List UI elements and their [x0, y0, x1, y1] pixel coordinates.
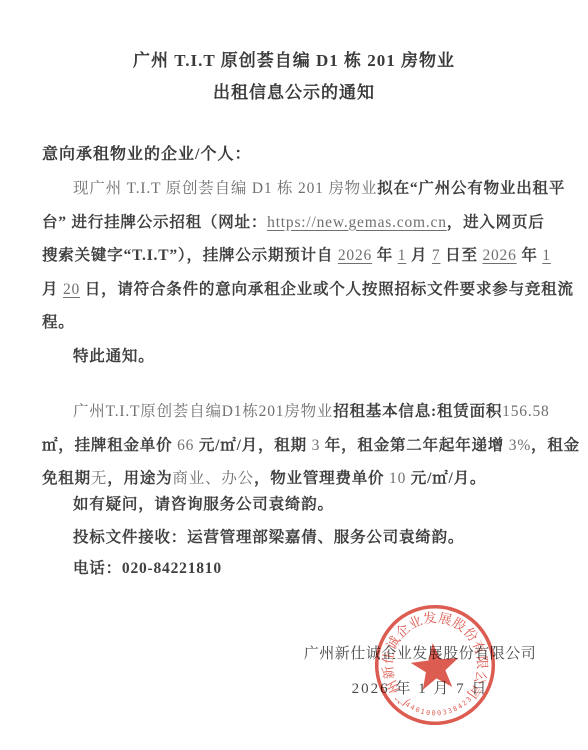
page-title-line2: 出租信息公示的通知: [0, 78, 588, 103]
text-run: 台” 进行挂牌公示招租（网址：: [42, 214, 267, 231]
text-run: 10: [389, 470, 406, 487]
text-run: 如有疑问，请咨询服务公司袁绮韵。: [73, 496, 334, 513]
issuer-company-name: 广州新仕诚企业发展股份有限公司: [303, 642, 537, 663]
listing-url-link[interactable]: https://new.gemas.com.cn: [267, 214, 447, 231]
body-line: 电话：020-84221810: [42, 552, 548, 586]
issue-date: 2026 年 1 月 7 日: [303, 677, 537, 698]
text-run: 20: [63, 281, 80, 298]
text-run: 招租基本信息:租赁面积: [333, 403, 502, 420]
text-run: 月: [42, 281, 63, 298]
page-title-line1: 广州 T.I.T 原创荟自编 D1 栋 201 房物业: [0, 46, 588, 71]
notice-page: 广州 T.I.T 原创荟自编 D1 栋 201 房物业 出租信息公示的通知 意向…: [0, 0, 588, 750]
text-run: 投标文件接收：运营管理部梁嘉倩、服务公司袁绮韵。: [73, 529, 464, 546]
body-line: 月 20 日，请符合条件的意向承租企业或个人按照招标文件要求参与竞租流: [42, 273, 548, 307]
body-line: 程。: [42, 306, 548, 340]
text-run: 特此通知。: [73, 348, 155, 365]
signature-block: 广州新仕诚企业发展股份有限公司 2026 年 1 月 7 日: [303, 642, 537, 698]
body-line: ㎡，挂牌租金单价 66 元/㎡/月，租期 3 年，租金第二年起年递增 3%，租金: [42, 429, 548, 463]
text-run: 66: [177, 437, 194, 454]
text-run: 2026: [338, 247, 372, 264]
text-run: 搜索关键字“T.I.T”），挂牌公示期预计自: [42, 247, 338, 264]
text-run: 3%: [509, 437, 531, 454]
text-run: ，用途为: [107, 470, 172, 487]
text-run: 日，请符合条件的意向承租企业或个人按照招标文件要求参与竞租流: [80, 281, 574, 298]
text-run: 电话：020-84221810: [73, 560, 222, 577]
text-run: ，物业管理费单价: [254, 470, 389, 487]
text-run: 年，租金第二年起年递增: [320, 437, 509, 454]
text-run: 广州T.I.T原创荟自编D1栋201房物业: [73, 403, 333, 420]
document-body: 现广州 T.I.T 原创荟自编 D1 栋 201 房物业拟在“广州公有物业出租平…: [42, 172, 548, 585]
text-run: 日至: [440, 247, 482, 264]
text-run: ㎡，挂牌租金单价: [42, 437, 177, 454]
text-run: 无: [91, 470, 107, 487]
body-line: 投标文件接收：运营管理部梁嘉倩、服务公司袁绮韵。: [42, 521, 548, 555]
text-run: 商业、办公: [172, 470, 254, 487]
text-run: 程。: [42, 314, 75, 331]
text-run: 年: [517, 247, 543, 264]
text-run: 现广州 T.I.T 原创荟自编 D1 栋 201 房物业: [73, 180, 377, 197]
text-run: 156.58: [502, 403, 549, 420]
body-line: 搜索关键字“T.I.T”），挂牌公示期预计自 2026 年 1 月 7 日至 2…: [42, 239, 548, 273]
text-run: 1: [542, 247, 551, 264]
text-run: ，租金: [531, 437, 580, 454]
text-run: 1: [398, 247, 407, 264]
text-run: 元/㎡/月，租期: [194, 437, 311, 454]
text-run: ，进入网页后: [447, 214, 545, 231]
body-line: 现广州 T.I.T 原创荟自编 D1 栋 201 房物业拟在“广州公有物业出租平: [42, 172, 548, 206]
text-run: 年: [372, 247, 398, 264]
salutation: 意向承租物业的企业/个人：: [42, 141, 251, 164]
body-line: 台” 进行挂牌公示招租（网址：https://new.gemas.com.cn，…: [42, 206, 548, 240]
text-run: 免租期: [42, 470, 91, 487]
text-run: 拟在“广州公有物业出租平: [377, 180, 565, 197]
text-run: 元/㎡/月。: [406, 470, 486, 487]
body-line: 特此通知。: [42, 340, 548, 374]
text-run: 月: [406, 247, 432, 264]
text-run: 3: [312, 437, 321, 454]
text-run: 2026: [482, 247, 516, 264]
body-line: 广州T.I.T原创荟自编D1栋201房物业招租基本信息:租赁面积156.58: [42, 395, 548, 429]
